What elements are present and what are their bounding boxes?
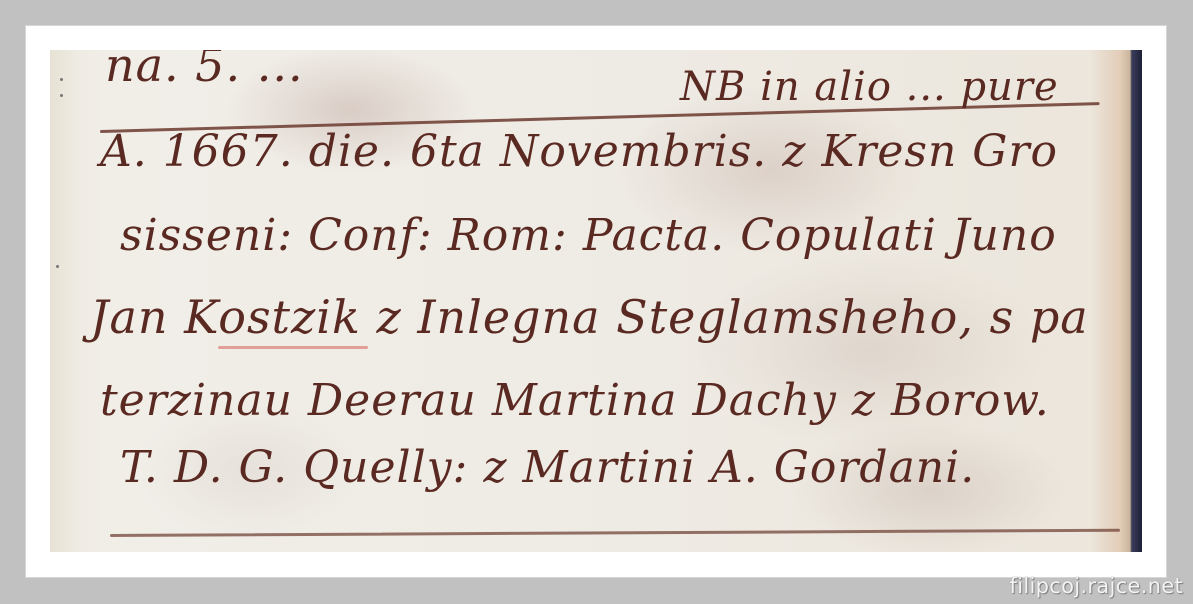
page-edge xyxy=(1132,50,1142,552)
line-2: A. 1667. die. 6ta Novembris. z Kresn Gro xyxy=(100,126,1058,177)
margin-mark xyxy=(56,265,59,268)
line-3: sisseni: Conf: Rom: Pacta. Copulati Juno xyxy=(120,210,1057,261)
line-6: T. D. G. Quelly: z Martini A. Gordani. xyxy=(120,442,975,493)
name-underline xyxy=(218,346,368,349)
line-4: Jan Kostzik z Inlegna Steglamsheho, s pa xyxy=(90,290,1089,344)
line-nb-note: NB in alio ... pure xyxy=(680,64,1059,110)
line-1: na. 5. ... xyxy=(105,50,304,92)
bottom-rule xyxy=(110,529,1120,537)
margin-mark xyxy=(60,94,63,97)
line-5: terzinau Deerau Martina Dachy z Borow. xyxy=(100,375,1050,426)
margin-mark xyxy=(60,78,63,81)
manuscript-scan: na. 5. ... NB in alio ... pure A. 1667. … xyxy=(50,50,1142,552)
watermark: filipcoj.rajce.net xyxy=(1010,574,1183,598)
